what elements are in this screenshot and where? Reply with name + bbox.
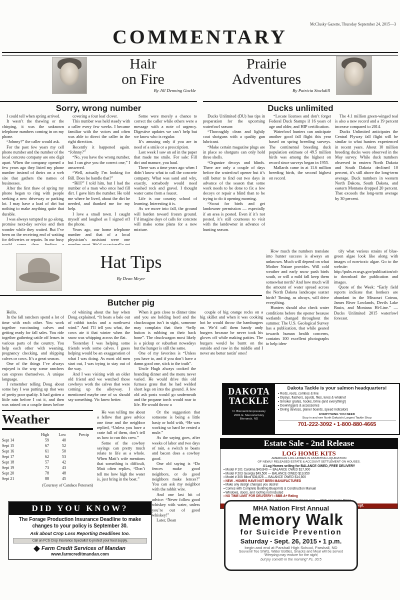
fcs-website: www.farmcreditmandan.com bbox=[13, 552, 147, 557]
hat-brim bbox=[19, 272, 60, 283]
estate-sale-banner: Estate Sale - 2nd Release bbox=[220, 438, 398, 449]
newspaper-page: McClusky Gazette, Thursday September 24,… bbox=[0, 0, 400, 600]
did-you-know-strip: Call an FCS Crop Insurance Specialist to… bbox=[13, 538, 147, 544]
prairie-adventures-title: Prairie Adventures By Patricia Stockdill bbox=[203, 56, 330, 93]
estate-subtitles: AMERICAN LOG HOMES IS ASSISTING LIQUIDAT… bbox=[224, 457, 395, 464]
did-you-know-banner: DID YOU KNOW? bbox=[9, 502, 151, 515]
hat-tips-rule bbox=[0, 295, 262, 296]
dakota-tackle-phone: 701-222-3092 • 1-800-880-4665 bbox=[278, 421, 396, 428]
masthead-rule bbox=[2, 52, 398, 56]
left-head-rule bbox=[0, 101, 197, 102]
dakota-tackle-logo: DAKOTA TACKLE N. Bismarck Expressway2001… bbox=[223, 384, 275, 434]
weather-section: Weather HighLowPrecipSept 145940Sept 156… bbox=[2, 410, 93, 488]
dakota-tackle-ad: DAKOTA TACKLE N. Bismarck Expressway2001… bbox=[222, 383, 400, 435]
photo-face bbox=[60, 63, 80, 86]
patricia-stockdill-photo bbox=[336, 56, 372, 95]
hat-tips-title: Hat Tips By Dean Meyer bbox=[65, 252, 197, 281]
butcher-col-4: couple of big orange rocks on a big skil… bbox=[200, 310, 263, 378]
weather-title-rule bbox=[2, 428, 93, 430]
ducks-unlimited-headline: Ducks unlimited bbox=[203, 104, 398, 114]
weather-table: HighLowPrecipSept 145940Sept 156752Sept … bbox=[2, 432, 93, 482]
hair-on-fire-byline: By Jill Denning Gackle bbox=[90, 88, 196, 93]
memory-walk-ad: MHA Nation First Annual Memory Walk for … bbox=[224, 500, 358, 571]
memory-walk-quote2: but joy cometh in the morning” Ps. 30:5 bbox=[226, 558, 357, 562]
butcher-wrap-col-1: He was telling me about a fellow that ga… bbox=[97, 410, 145, 498]
butcher-col-3: When it gets close to dinner time and yo… bbox=[134, 310, 196, 408]
estate-sale-ad: Estate Sale - 2nd Release LOG HOME KITS … bbox=[220, 438, 398, 509]
memory-walk-line2: for Suicide Prevention bbox=[226, 528, 357, 537]
log-home-kits-title: LOG HOME KITS bbox=[224, 450, 395, 457]
did-you-know-text: The Forage Production Insurance Deadline… bbox=[13, 517, 147, 530]
prairie-adventures-byline: By Patricia Stockdill bbox=[203, 88, 330, 93]
dakota-tackle-bullets: Rods, reels, combos & lineDipsys, flashe… bbox=[278, 392, 396, 412]
sorry-wrong-number-headline: Sorry, wrong number bbox=[0, 104, 197, 114]
memory-walk-title: Memory Walk bbox=[226, 512, 357, 528]
did-you-know-ad: DID YOU KNOW? The Forage Production Insu… bbox=[8, 501, 152, 560]
ducks-col-3: The 4.1 million green-winged teal is als… bbox=[335, 114, 398, 245]
estate-notes: NEW - HOMES HAVE NOT BEEN MANUFACTUREDMa… bbox=[224, 479, 395, 498]
section-title: COMMENTARY bbox=[0, 26, 400, 48]
hat-tips-byline: By Dean Meyer bbox=[65, 276, 197, 281]
hair-on-fire-title: Hair on Fire By Jill Denning Gackle bbox=[90, 56, 196, 93]
butcher-pig-headline: Butcher pig bbox=[0, 298, 262, 308]
sorry-col-2: covering a four leaf clover.This number … bbox=[68, 114, 130, 245]
estate-models: Model # 101 Carolina $40,840 — BALANCE O… bbox=[224, 468, 395, 479]
jill-gackle-photo bbox=[52, 57, 87, 94]
sorry-col-3: Some were merely a chance to correct the… bbox=[134, 114, 197, 245]
right-head-rule bbox=[203, 101, 398, 102]
butcher-col-2: of whining about the hay when Doug expla… bbox=[68, 310, 130, 408]
did-you-know-ask: Ask about Crop Loss Reporting Deadlines … bbox=[13, 531, 147, 536]
photo-face bbox=[344, 62, 364, 86]
weather-title: Weather bbox=[2, 412, 93, 427]
sorry-col-1: I could tell when spring arrived.It wasn… bbox=[2, 114, 64, 245]
ducks-cont-col-1: How much the numbers translate into hunt… bbox=[266, 249, 329, 378]
cowboy-hat-photo bbox=[16, 253, 62, 291]
ducks-col-2: “Locate licenses and don’t forget Federa… bbox=[269, 114, 331, 245]
ducks-cont-col-2: tify what various strains of blue-green … bbox=[334, 249, 398, 378]
butcher-wrap-col-2: Or the suggestion that someone is being … bbox=[152, 410, 200, 559]
weather-courtesy: (Courtesy of Candace Petersen) bbox=[2, 483, 93, 488]
memory-walk-date: Saturday - Sept. 26, 2015 • 1 p.m. bbox=[226, 538, 357, 546]
ducks-col-1: Ducks Unlimited (DU) has tips in prepara… bbox=[203, 114, 265, 245]
dakota-tackle-headline: Dakota Tackle is your salmon headquarter… bbox=[278, 386, 396, 392]
dakota-tackle-address: N. Bismarck Expressway2001 E. Memorial H… bbox=[223, 410, 275, 421]
butcher-col-1: Hello,In the fall ranchers spend a lot o… bbox=[2, 310, 64, 408]
dakota-tackle-tagline: Stop in and see North Dakota's Largest T… bbox=[278, 417, 396, 420]
